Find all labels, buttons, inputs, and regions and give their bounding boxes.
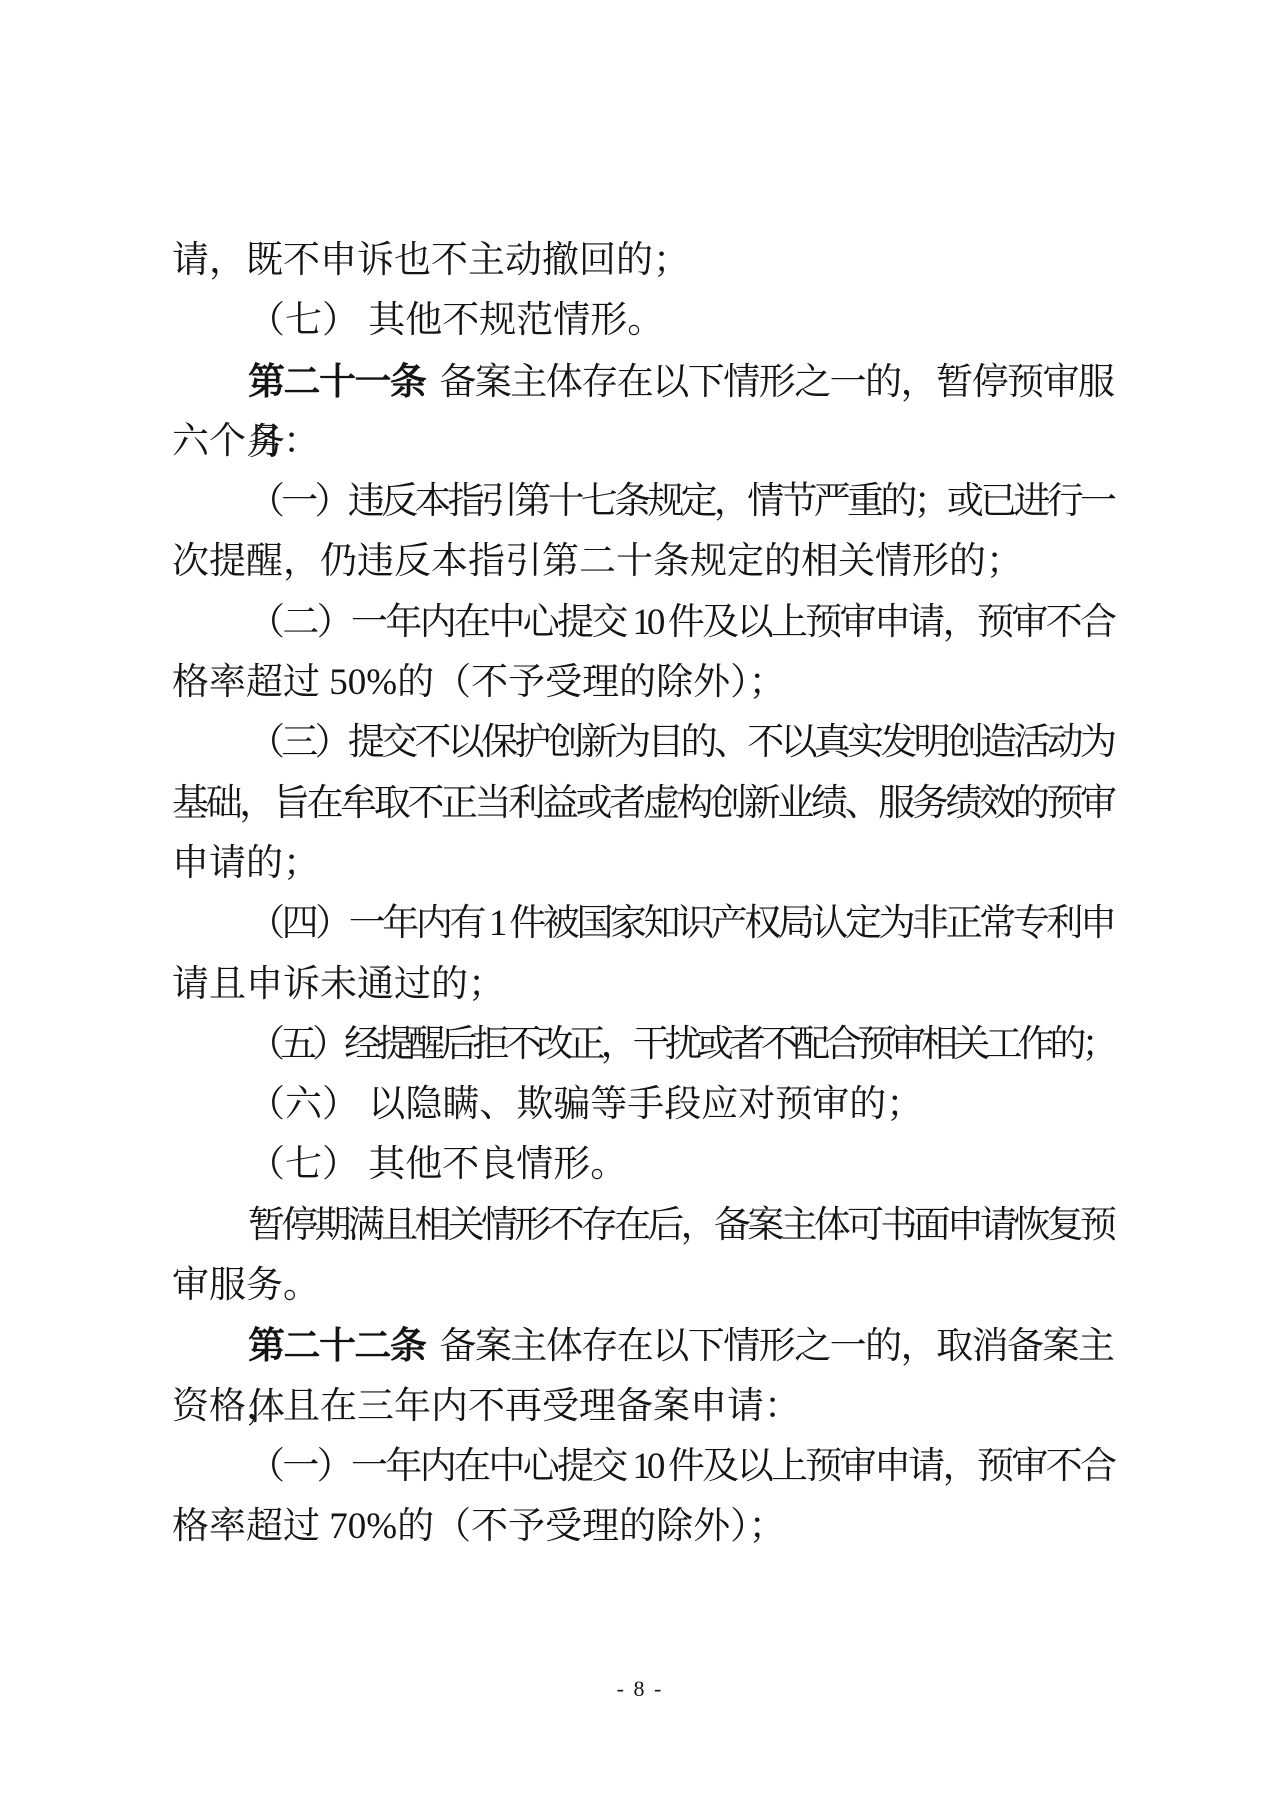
body-line: （一）一年内在中心提交 10 件及以上预审申请，预审不合 xyxy=(172,1437,1113,1497)
line-text: 格率超过 50%的（不予受理的除外）； xyxy=(172,662,786,703)
body-line: 申请的； xyxy=(172,834,1113,894)
body-line: 请且申诉未通过的； xyxy=(172,955,1113,1015)
document-page: 请，既不申诉也不主动撤回的； （七） 其他不规范情形。 第二十一条备案主体存在以… xyxy=(0,0,1280,1810)
line-text: 请且申诉未通过的； xyxy=(172,964,505,1005)
body-line: （六） 以隐瞒、欺骗等手段应对预审的； xyxy=(172,1075,1113,1135)
body-line: （七） 其他不规范情形。 xyxy=(172,291,1113,351)
article-term: 第二十二条 xyxy=(248,1325,425,1366)
body-line: （七） 其他不良情形。 xyxy=(172,1135,1113,1195)
article-heading-line: 第二十一条备案主体存在以下情形之一的，暂停预审服务 xyxy=(172,352,1113,412)
body-line: （三）提交不以保护创新为目的、不以真实发明创造活动为 xyxy=(172,713,1113,773)
line-text: （三）提交不以保护创新为目的、不以真实发明创造活动为 xyxy=(248,722,1113,763)
line-text: （一）一年内在中心提交 10 件及以上预审申请，预审不合 xyxy=(248,1446,1113,1487)
body-line: （一）违反本指引第十七条规定，情节严重的；或已进行一 xyxy=(172,472,1113,532)
line-text: （六） 以隐瞒、欺骗等手段应对预审的； xyxy=(248,1084,923,1125)
line-text: 格率超过 70%的（不予受理的除外）； xyxy=(172,1506,786,1547)
body-line: 格率超过 50%的（不予受理的除外）； xyxy=(172,653,1113,713)
body-line: 暂停期满且相关情形不存在后，备案主体可书面申请恢复预 xyxy=(172,1196,1113,1256)
line-text: （四）一年内有 1 件被国家知识产权局认定为非正常专利申 xyxy=(248,903,1113,944)
body-line: 请，既不申诉也不主动撤回的； xyxy=(172,231,1113,291)
article-heading-line: 第二十二条备案主体存在以下情形之一的，取消备案主体 xyxy=(172,1316,1113,1376)
body-line: 审服务。 xyxy=(172,1256,1113,1316)
body-line: 资格，且在三年内不再受理备案申请： xyxy=(172,1377,1113,1437)
line-text: （七） 其他不规范情形。 xyxy=(248,300,664,341)
line-text: 审服务。 xyxy=(172,1265,320,1306)
line-text: （一）违反本指引第十七条规定，情节严重的；或已进行一 xyxy=(248,481,1113,522)
body-line: 基础，旨在牟取不正当利益或者虚构创新业绩、服务绩效的预审 xyxy=(172,774,1113,834)
line-text: 申请的； xyxy=(172,843,320,884)
line-text: （五）经提醒后拒不改正，干扰或者不配合预审相关工作的； xyxy=(248,1024,1113,1065)
body-line: （五）经提醒后拒不改正，干扰或者不配合预审相关工作的； xyxy=(172,1015,1113,1075)
line-text: 次提醒，仍违反本指引第二十条规定的相关情形的； xyxy=(172,541,1023,582)
line-text: 六个月： xyxy=(172,421,320,462)
article-term: 第二十一条 xyxy=(248,361,425,402)
line-text: 基础，旨在牟取不正当利益或者虚构创新业绩、服务绩效的预审 xyxy=(172,783,1113,824)
body-line: 六个月： xyxy=(172,412,1113,472)
line-text: 资格，且在三年内不再受理备案申请： xyxy=(172,1386,801,1427)
body-line: 格率超过 70%的（不予受理的除外）； xyxy=(172,1497,1113,1557)
line-text: （二）一年内在中心提交 10 件及以上预审申请，预审不合 xyxy=(248,602,1113,643)
line-text: 请，既不申诉也不主动撤回的； xyxy=(172,240,690,281)
document-body: 请，既不申诉也不主动撤回的； （七） 其他不规范情形。 第二十一条备案主体存在以… xyxy=(172,231,1113,1558)
page-number-footer: - 8 - xyxy=(0,1676,1280,1702)
body-line: （四）一年内有 1 件被国家知识产权局认定为非正常专利申 xyxy=(172,894,1113,954)
body-line: 次提醒，仍违反本指引第二十条规定的相关情形的； xyxy=(172,532,1113,592)
line-text: 暂停期满且相关情形不存在后，备案主体可书面申请恢复预 xyxy=(248,1205,1113,1246)
line-text: （七） 其他不良情形。 xyxy=(248,1144,627,1185)
body-line: （二）一年内在中心提交 10 件及以上预审申请，预审不合 xyxy=(172,593,1113,653)
